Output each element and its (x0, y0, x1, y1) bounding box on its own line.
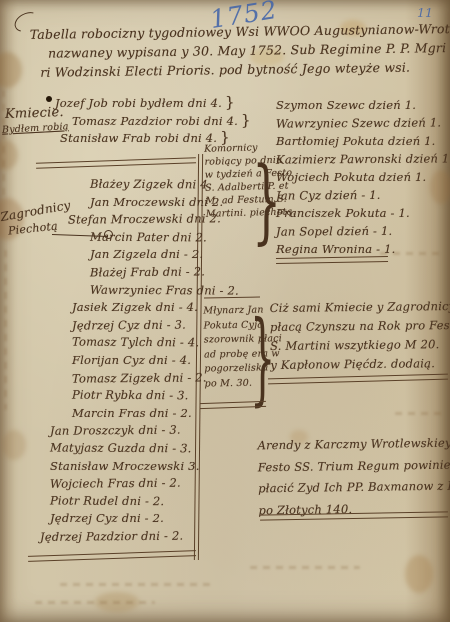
list-entry: Matyjasz Guzda dni - 3. (38, 439, 239, 458)
list-entry: Wojciech Pokuta dzień 1. (276, 168, 450, 186)
list-entry: Jozef Job robi bydłem dni 4.} (30, 94, 251, 112)
curly-brace-icon: } (241, 111, 251, 129)
list-entry: Błażej Frab dni - 2. (38, 263, 239, 282)
list-entry: Jan Zigzela dni - 2. (38, 246, 239, 264)
list-entry: Wojciech Fras dni - 2. (38, 474, 239, 493)
kmiecie-list: Jozef Job robi bydłem dni 4.} Tomasz Paz… (30, 94, 251, 147)
bleed-through-marks (395, 412, 443, 415)
note-line: Arendy z Karczmy Wrotlewskiey pro (257, 433, 449, 457)
ruled-line (36, 157, 196, 169)
list-entry: Jędrzej Cyz dni - 2. (38, 510, 239, 528)
list-entry: Szymon Szewc dzień 1. (276, 96, 450, 114)
note-line: płacą Czynszu na Rok pro Festo (270, 316, 450, 337)
list-entry: Jędrzej Pazdzior dni - 2. (38, 527, 239, 546)
note-line: S. Martini wszytkiego M 20. (270, 335, 450, 356)
list-entry: Jan Droszczyk dni - 3. (38, 421, 239, 440)
komornicy-list: Szymon Szewc dzień 1. Wawrzyniec Szewc d… (276, 96, 450, 258)
note-line: Ciż sami Kmiecie y Zagrodnicy (270, 297, 450, 318)
entry-text: Jozef Job robi bydłem dni 4. (55, 96, 222, 110)
ruled-line (276, 256, 388, 264)
page-number: 11 (417, 5, 433, 20)
bleed-through-marks (60, 583, 210, 586)
list-entry: Wawrzyniec Szewc dzień 1. (276, 113, 450, 132)
entry-text: Tomasz Pazdzior robi dni 4. (72, 114, 238, 128)
list-entry: Jan Sopel dzień - 1. (276, 221, 450, 240)
list-entry: Bartłomiej Pokuta dzień 1. (276, 132, 450, 150)
note-line: y Kapłonow Pięćdz. dodaią. (270, 354, 450, 375)
entry-text: Stanisław Frab robi dni 4. (60, 131, 217, 145)
list-entry: Piotr Rudel dni - 2. (38, 492, 239, 511)
list-entry: Tomasz Pazdzior robi dni 4.} (30, 112, 251, 130)
note-line: Festo SS. Trium Regum powinien (258, 454, 450, 478)
czynsz-note: Ciż sami Kmiecie y Zagrodnicy płacą Czyn… (270, 297, 450, 375)
note-line: płacić Zyd Ich PP. Baxmanow z Koni (258, 476, 450, 500)
manuscript-page: 1752 11 Tabella robocizny tygodniowey Ws… (0, 0, 450, 622)
list-entry: Jan Cyz dzień - 1. (276, 185, 450, 204)
list-entry: Stanisław Mroczewski 3. (38, 458, 239, 476)
stain (405, 555, 433, 593)
arenda-note: Arendy z Karczmy Wrotlewskiey pro Festo … (257, 433, 450, 522)
stain (0, 52, 22, 88)
list-entry: Kazimierz Pawronski dzień 1. (276, 149, 450, 168)
curly-brace-icon: } (225, 93, 235, 111)
list-entry: Marcin Pater dni 2. (38, 228, 239, 247)
title-paragraph: Tabella robocizny tygodniowey Wsi WWOO A… (30, 19, 449, 82)
bleed-through-marks (4, 250, 7, 410)
ruled-line (268, 374, 448, 385)
bleed-through-marks (250, 566, 360, 569)
list-entry: Regina Wronina - 1. (276, 240, 450, 258)
bleed-through-marks (35, 601, 155, 604)
stain (2, 430, 26, 460)
ruled-line (28, 550, 196, 562)
list-entry: Franciszek Pokuta - 1. (276, 204, 450, 222)
